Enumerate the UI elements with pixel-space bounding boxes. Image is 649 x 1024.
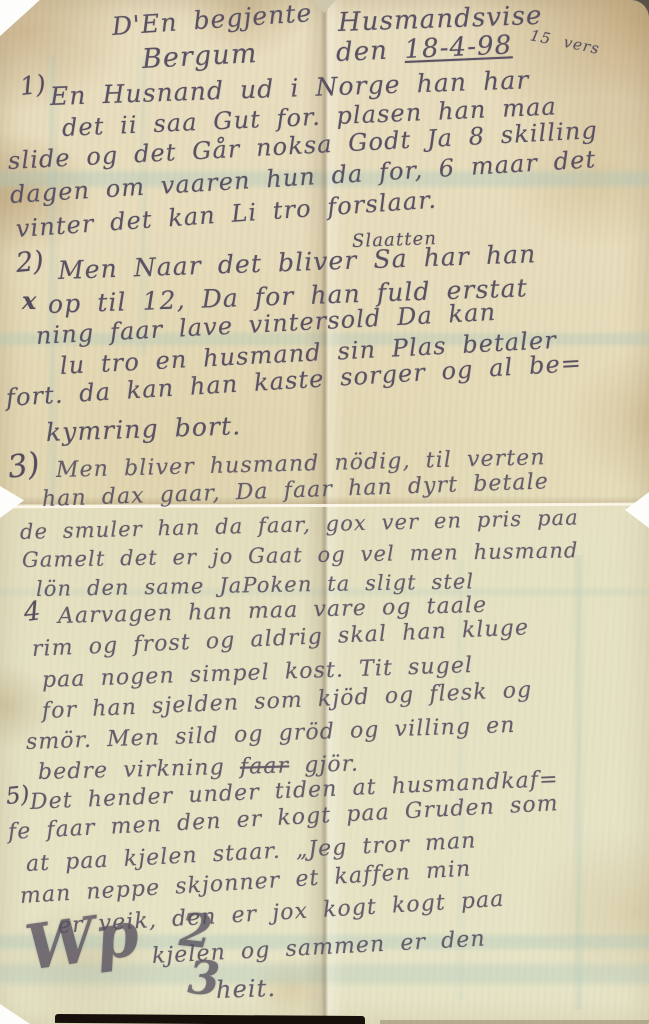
signature-monogram: Wp [21, 897, 143, 985]
date-prefix: den [335, 35, 405, 68]
strike-post: gjör. [289, 752, 359, 779]
strike-pre: bedre virkning [38, 755, 241, 785]
verse-marker-2: 2) [15, 246, 45, 279]
struck-word: faar [240, 753, 290, 779]
verse-marker-1: 1) [18, 69, 47, 101]
verse-marker-3: 3) [5, 446, 42, 486]
verse-marker-4: 4 [22, 596, 42, 628]
verse-count-note: 15 vers [528, 26, 601, 58]
scanned-letter: D'En begjente Bergum Husmandsvise den 18… [0, 0, 649, 1024]
handwriting-line: heit. [216, 974, 277, 1004]
signature-flourish: 3 [187, 950, 222, 1006]
verse-marker-5: 5) [5, 782, 31, 810]
verse-marker-2x: x [22, 286, 36, 315]
date-value: 18-4-98 [404, 30, 513, 65]
header-place: Bergum [141, 38, 258, 75]
